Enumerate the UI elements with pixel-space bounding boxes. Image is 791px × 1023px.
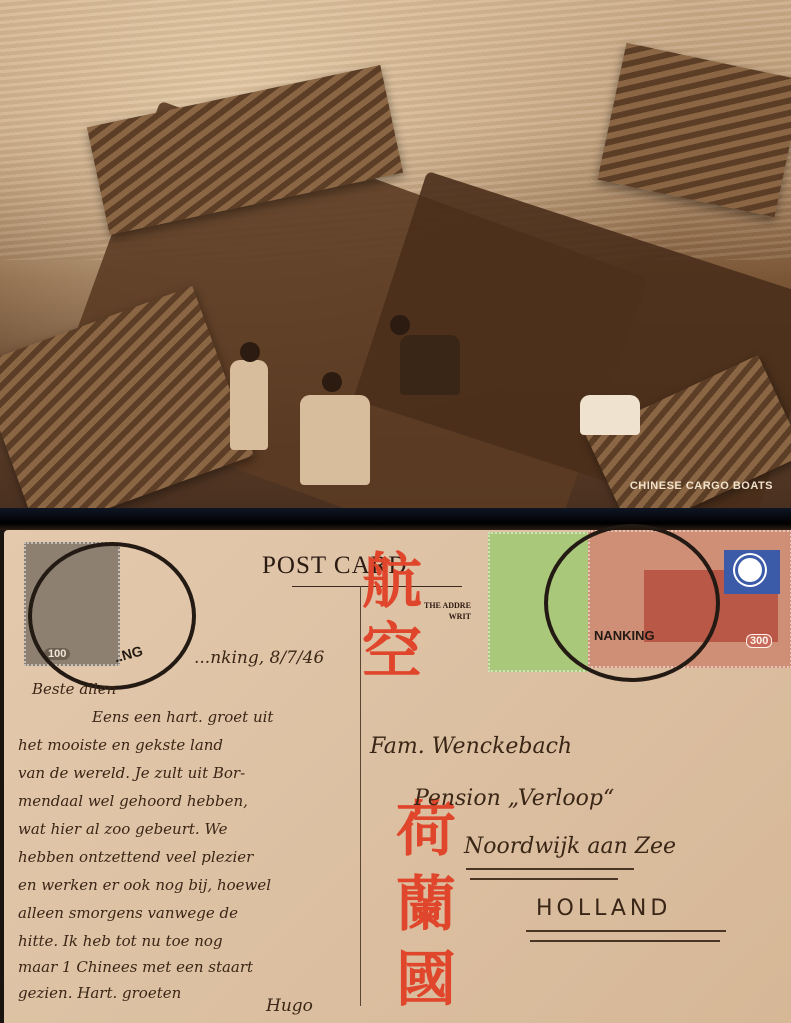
- hat-bundle: [580, 395, 640, 435]
- signature: Hugo: [266, 996, 313, 1016]
- address-line-name: Fam. Wenckebach: [370, 734, 572, 759]
- address-line-pension: Pension „Verloop“: [414, 786, 614, 811]
- postcard-front-photo: CHINESE CARGO BOATS: [0, 0, 791, 508]
- message-line: hitte. Ik heb tot nu toe nog: [18, 932, 223, 950]
- message-line: Beste allen: [32, 680, 116, 698]
- place-date: ...nking, 8/7/46: [194, 648, 324, 668]
- message-line: mendaal wel gehoord hebben,: [18, 792, 248, 810]
- address-underline: [466, 868, 634, 870]
- message-line: hebben ontzettend veel plezier: [18, 848, 253, 866]
- boatman: [230, 360, 268, 450]
- country-char: 蘭: [396, 875, 456, 935]
- boatman-head: [240, 342, 260, 362]
- address-underline: [470, 878, 618, 880]
- message-line: maar 1 Chinees met een staart: [18, 958, 253, 976]
- white-sun-icon: [738, 558, 762, 582]
- message-line: het mooiste en gekste land: [18, 736, 223, 754]
- stamp-value-red: 300: [746, 634, 772, 648]
- address-note: THE ADDRE WRIT: [424, 600, 471, 622]
- photo-caption: CHINESE CARGO BOATS: [630, 480, 773, 492]
- address-line-city: Noordwijk aan Zee: [464, 834, 676, 859]
- message-line: en werken er ook nog bij, hoewel: [18, 876, 271, 894]
- boatman-head: [322, 372, 342, 392]
- boatman-head: [390, 315, 410, 335]
- message-line: van de wereld. Je zult uit Bor-: [18, 764, 245, 782]
- message-line: Eens een hart. groet uit: [92, 708, 273, 726]
- postcard-back: POST CARD THE ADDRE WRIT 100 300 ..NG NA…: [4, 530, 791, 1023]
- address-underline: [530, 940, 720, 942]
- message-line: gezien. Hart. groeten: [18, 984, 181, 1002]
- airmail-char: 空: [362, 622, 422, 682]
- boatman: [300, 395, 370, 485]
- center-divider-line: [360, 586, 361, 1006]
- boatman: [400, 335, 460, 395]
- message-line: wat hier al zoo gebeurt. We: [18, 820, 228, 838]
- message-line: alleen smorgens vanwege de: [18, 904, 238, 922]
- address-line-country: HOLLAND: [536, 896, 671, 921]
- postmark-left: [28, 542, 196, 690]
- address-underline: [526, 930, 726, 932]
- country-char: 國: [396, 950, 456, 1010]
- postmark-right: [544, 524, 720, 682]
- postmark-right-text: NANKING: [594, 628, 655, 643]
- airmail-char: 航: [362, 552, 422, 612]
- background-strip: [0, 508, 791, 530]
